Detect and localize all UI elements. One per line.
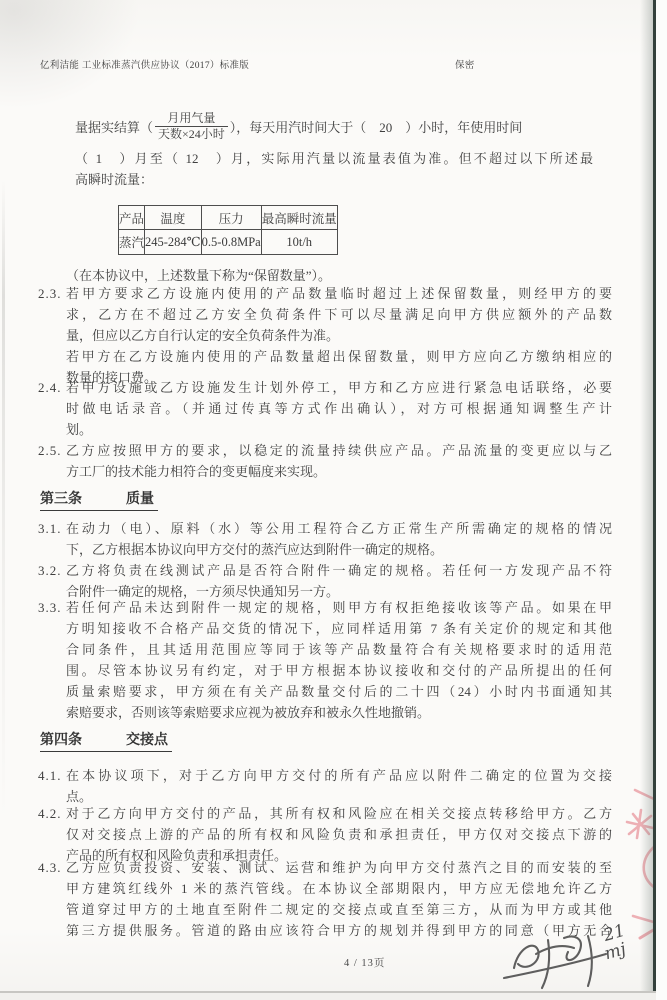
table-header-temperature: 温度	[145, 206, 202, 230]
table-header-pressure: 压力	[201, 206, 261, 230]
fraction-numerator: 月用气量	[164, 111, 218, 126]
intro-line: 高瞬时流量：	[75, 169, 593, 190]
clause-line: 在动力（电）、原料（水）等公用工程符合乙方正常生产所需确定的规格的情况	[66, 518, 612, 539]
section-4-heading: 第四条交接点	[40, 729, 172, 752]
clause-2-5: 2.5. 乙方应按照甲方的要求，以稳定的流量持续供应产品。产品流量的变更应以与乙…	[38, 440, 612, 482]
fraction-denominator: 天数×24小时	[155, 126, 228, 142]
clause-number: 2.5.	[38, 440, 66, 482]
page-number: 4 / 13页	[344, 955, 385, 970]
clause-intro-paragraph: 量据实结算（ 月用气量 天数×24小时 ），每天用汽时间大于（ 20 ）小时，年…	[75, 104, 593, 190]
clause-line: 方工厂的技术能力相符合的变更幅度来实现。	[66, 461, 612, 482]
section-3-number: 第三条	[40, 492, 82, 507]
clause-line: 方明知接收不合格产品交货的情况下，应同样适用第 7 条有关定价的规定和其他	[66, 618, 612, 639]
clause-line: 乙方将负责在线测试产品是否符合附件一确定的规格。若任何一方发现产品不符	[66, 560, 612, 581]
scan-left-streak	[2, 180, 5, 820]
clause-2-3: 2.3. 若甲方要求乙方设施内使用的产品数量临时超过上述保留数量，则经甲方的要 …	[38, 283, 612, 388]
clause-line: 在本协议项下，对于乙方向甲方交付的所有产品应以附件二确定的位置为交接	[66, 765, 612, 786]
table-row: 蒸汽 245-284℃ 0.5-0.8MPa 10t/h	[119, 230, 338, 255]
handwritten-signature	[500, 928, 612, 996]
clause-number: 3.1.	[38, 518, 66, 560]
clause-number: 2.4.	[38, 377, 66, 440]
scan-bottom-strip	[0, 993, 656, 1000]
scan-edge-margin	[656, 0, 667, 1000]
clause-line: 时做电话录音。（并通过传真等方式作出确认），对方可根据通知调整生产计	[66, 398, 612, 419]
clause-line: 管道穿过甲方的土地直至附件二规定的交接点或直至第三方，从而为甲方或其他	[66, 899, 612, 920]
clause-3-1: 3.1. 在动力（电）、原料（水）等公用工程符合乙方正常生产所需确定的规格的情况…	[38, 518, 612, 560]
table-header-max-flow: 最高瞬时流量	[261, 206, 337, 230]
clause-number: 3.2.	[38, 560, 66, 602]
cell-pressure: 0.5-0.8MPa	[201, 230, 261, 255]
clause-line: 仅对交接点上游的产品的所有权和风险负责和承担责任，甲方仅对交接点下游的	[66, 824, 612, 845]
clause-4-1: 4.1. 在本协议项下，对于乙方向甲方交付的所有产品应以附件二确定的位置为交接 …	[38, 765, 612, 807]
table-header-row: 产品 温度 压力 最高瞬时流量	[119, 206, 338, 230]
section-3-heading: 第三条质量	[40, 488, 158, 511]
document-page: 亿利洁能 工业标准蒸汽供应协议（2017）标准版 保密 量据实结算（ 月用气量 …	[0, 0, 667, 1000]
steam-spec-table: 产品 温度 压力 最高瞬时流量 蒸汽 245-284℃ 0.5-0.8MPa 1…	[118, 205, 338, 255]
clause-line: 乙方应负责投资、安装、测试、运营和维护为向甲方交付蒸汽之目的而安装的至	[66, 857, 612, 878]
clause-line: 围。尽管本协议另有约定，对于甲方根据本协议接收和交付的产品所提出的任何	[66, 660, 612, 681]
cell-max-flow: 10t/h	[261, 230, 337, 255]
clause-line: 若任何产品未达到附件一规定的规格，则甲方有权拒绝接收该等产品。如果在甲	[66, 597, 612, 618]
clause-line: 划。	[66, 419, 612, 440]
handwritten-note-line2: mj	[603, 939, 633, 963]
clause-line: 乙方应按照甲方的要求，以稳定的流量持续供应产品。产品流量的变更应以与乙	[66, 440, 612, 461]
section-4-number: 第四条	[40, 733, 82, 748]
section-4-title: 交接点	[126, 733, 168, 748]
clause-line: 索赔要求，否则该等索赔要求应视为被放弃和被永久性地撤销。	[66, 702, 612, 723]
scan-edge-shadow	[640, 0, 653, 1000]
clause-line: 合同条件，且其适用范围应等同于该等产品数量符合有关规格要求时的适用范	[66, 639, 612, 660]
clause-line: 量，但应以乙方自行认定的安全负荷条件为准。	[66, 325, 612, 346]
header-title: 亿利洁能 工业标准蒸汽供应协议（2017）标准版	[40, 57, 249, 71]
formula-pre-text: 量据实结算（	[75, 117, 153, 136]
clause-number: 3.3.	[38, 597, 66, 723]
intro-line: （ 1 ）月至（ 12 ）月，实际用汽量以流量表值为准。但不超过以下所述最	[75, 148, 593, 169]
clause-line: 下，乙方根据本协议向甲方交付的蒸汽应达到附件一确定的规格。	[66, 539, 612, 560]
formula-row: 量据实结算（ 月用气量 天数×24小时 ），每天用汽时间大于（ 20 ）小时，年…	[75, 104, 593, 148]
confidential-label: 保密	[455, 57, 475, 71]
formula-fraction: 月用气量 天数×24小时	[155, 111, 228, 142]
table-header-product: 产品	[119, 206, 145, 230]
formula-post-text: ），每天用汽时间大于（ 20 ）小时，年使用时间	[230, 117, 523, 136]
clause-line: 质量索赔要求，甲方须在有关产品数量交付后的二十四（24）小时内书面通知其	[66, 681, 612, 702]
section-3-title: 质量	[126, 492, 154, 507]
cell-product: 蒸汽	[119, 230, 145, 255]
clause-number: 4.1.	[38, 765, 66, 807]
clause-2-4: 2.4. 若甲方设施或乙方设施发生计划外停工，甲方和乙方应进行紧急电话联络，必要…	[38, 377, 612, 440]
clause-number: 4.3.	[38, 857, 66, 941]
clause-3-3: 3.3. 若任何产品未达到附件一规定的规格，则甲方有权拒绝接收该等产品。如果在甲…	[38, 597, 612, 723]
clause-line: 甲方建筑红线外 1 米的蒸汽管线。在本协议全部期限内，甲方应无偿地允许乙方	[66, 878, 612, 899]
clause-3-2: 3.2. 乙方将负责在线测试产品是否符合附件一确定的规格。若任何一方发现产品不符…	[38, 560, 612, 602]
scan-corner-shade	[0, 0, 140, 110]
clause-line: 若甲方要求乙方设施内使用的产品数量临时超过上述保留数量，则经甲方的要	[66, 283, 612, 304]
clause-line: 求，乙方在不超过乙方安全负荷条件下可以尽量满足向甲方供应额外的产品数	[66, 304, 612, 325]
clause-number: 2.3.	[38, 283, 66, 388]
clause-line: 对于乙方向甲方交付的产品，其所有权和风险应在相关交接点转移给甲方。乙方	[66, 803, 612, 824]
clause-line: 若甲方设施或乙方设施发生计划外停工，甲方和乙方应进行紧急电话联络，必要	[66, 377, 612, 398]
cell-temperature: 245-284℃	[145, 230, 202, 255]
clause-line: 若甲方在乙方设施内使用的产品数量超出保留数量，则甲方应向乙方缴纳相应的	[66, 346, 612, 367]
